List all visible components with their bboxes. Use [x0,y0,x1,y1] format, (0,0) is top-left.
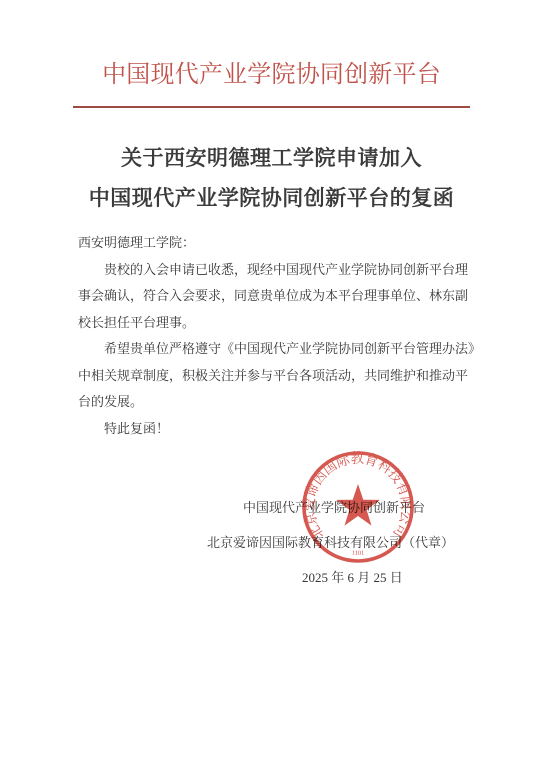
document-title-line2: 中国现代产业学院协同创新平台的复函 [0,179,543,219]
document-title-line1: 关于西安明德理工学院申请加入 [0,139,543,179]
letter-body: 西安明德理工学院： 贵校的入会申请已收悉，现经中国现代产业学院协同创新平台理 事… [78,230,470,442]
body-line: 贵校的入会申请已收悉，现经中国现代产业学院协同创新平台理 [78,257,470,284]
salutation-line: 西安明德理工学院： [78,230,470,257]
body-line: 事会确认，符合入会要求，同意贵单位成为本平台理事单位、林东副 [78,283,470,310]
document-title: 关于西安明德理工学院申请加入 中国现代产业学院协同创新平台的复函 [0,139,543,219]
body-line: 希望贵单位严格遵守《中国现代产业学院协同创新平台管理办法》 [78,336,470,363]
letterhead-divider [73,106,470,108]
closing-line: 特此复函！ [78,416,470,443]
seal-serial-text: 1101 [351,550,364,557]
body-line: 校长担任平台理事。 [78,310,470,337]
seal-serial-text-path: 1101 [351,550,364,557]
seal-star-icon [336,484,380,526]
body-line: 台的发展。 [78,389,470,416]
body-line: 中相关规章制度，积极关注并参与平台各项活动，共同维护和推动平 [78,363,470,390]
letter-page: 中国现代产业学院协同创新平台 关于西安明德理工学院申请加入 中国现代产业学院协同… [0,0,543,768]
official-red-seal: 北京爱谛因国际教育科技有限公司 1101 [292,441,424,573]
letterhead-title: 中国现代产业学院协同创新平台 [0,60,543,90]
